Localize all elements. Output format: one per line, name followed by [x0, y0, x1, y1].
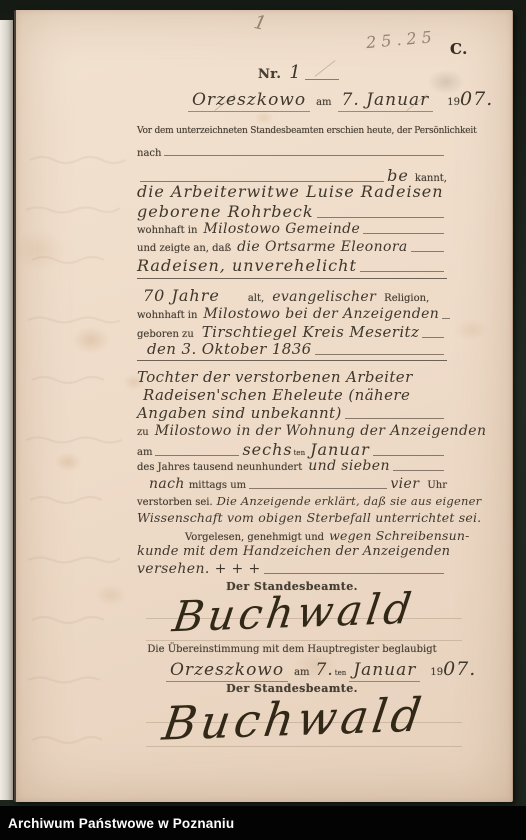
wohnhaft-label: wohnhaft in — [137, 225, 197, 236]
uhr-label: Uhr — [427, 480, 447, 491]
registrar-signature-2: Buchwald — [126, 696, 462, 742]
death-day-hand: sechs — [242, 440, 292, 459]
mittags-label: mittags um — [189, 480, 246, 491]
wohnhaft-value: Milostowo Gemeinde — [203, 221, 360, 237]
blank-line — [442, 318, 450, 319]
blank-line — [393, 470, 444, 471]
blank-line — [155, 455, 239, 456]
year-line-hand: und sieben — [308, 458, 390, 474]
blank-line — [315, 354, 444, 355]
parents-text-3: Angaben sind unbekannt) — [137, 404, 342, 422]
certify-month: Januar — [349, 660, 420, 682]
death-time-line: nach mittags um vier Uhr — [137, 476, 447, 492]
nr-value: 1 — [289, 62, 301, 83]
parents-line-2: Radeisen'schen Eheleute (nähere — [137, 386, 447, 404]
blank-line — [345, 418, 444, 419]
death-place-value: Milostowo in der Wohnung der Anzeigenden — [155, 423, 487, 439]
certify-year-printed: 19 — [430, 667, 443, 678]
death-day-line: am sechs ten Januar — [137, 440, 447, 459]
certify-year-hand: 07. — [443, 658, 476, 680]
ten-label: ten — [294, 449, 305, 457]
certify-day: 7. — [316, 660, 334, 680]
verstorben-label: verstorben sei. — [137, 497, 213, 508]
record-number-line: Nr. 1 — [258, 62, 342, 83]
certify-am-label: am — [294, 667, 309, 678]
parents-line-3: Angaben sind unbekannt) — [137, 404, 447, 422]
zu-label: zu — [137, 427, 149, 438]
form-rule — [137, 278, 447, 279]
declarant-line-1: die Arbeiterwitwe Luise Radeisen — [137, 182, 447, 201]
closing-line-2: Wissenschaft vom obigen Sterbefall unter… — [137, 510, 447, 525]
scanned-document: 1 25.25 C. Nr. 1 Orzeszkowo am 7. Januar… — [0, 0, 526, 840]
signature-text: Buchwald — [170, 588, 418, 639]
vorgelesen-line: Vorgelesen, genehmigt und wegen Schreibe… — [137, 528, 447, 543]
vorgelesen-label: Vorgelesen, genehmigt und — [185, 532, 324, 543]
header-date-line: Orzeszkowo am 7. Januar 19 07. — [188, 88, 466, 112]
parents-text-1: Tochter der verstorbenen Arbeiter — [137, 368, 413, 386]
born-label: geboren zu — [137, 329, 194, 340]
closing-hand-1: Die Anzeigende erklärt, daß sie aus eige… — [217, 494, 482, 508]
archive-watermark-bar: Archiwum Państwowe w Poznaniu — [0, 806, 526, 840]
blank-line — [249, 488, 387, 489]
born-date: den 3. Oktober 1836 — [147, 340, 312, 358]
intro-text: Vor dem unterzeichneten Standesbeamten e… — [137, 126, 476, 136]
blank-line — [373, 455, 444, 456]
deceased-name-1: die Ortsarme Eleonora — [237, 239, 408, 255]
nach-line: nach — [137, 148, 447, 159]
blank-line — [164, 155, 444, 156]
attest-hand-1: wegen Schreibensun- — [329, 528, 470, 543]
alt-label: alt, — [248, 293, 264, 304]
signature-text: Buchwald — [160, 691, 428, 746]
header-place: Orzeszkowo — [188, 90, 310, 112]
registry-page: 1 25.25 C. Nr. 1 Orzeszkowo am 7. Januar… — [14, 10, 513, 802]
am-label: am — [316, 97, 331, 108]
certify-line: Die Übereinstimmung mit dem Hauptregiste… — [137, 644, 447, 655]
notification-line: und zeigte an, daß die Ortsarme Eleonora — [137, 239, 447, 255]
blank-line — [360, 271, 444, 272]
certify-place: Orzeszkowo — [166, 660, 288, 682]
hour-hand: vier — [390, 476, 419, 492]
birth-date-line: den 3. Oktober 1836 — [137, 340, 447, 358]
year-printed: 19 — [447, 97, 460, 108]
blank-line — [422, 337, 444, 338]
archive-name: Archiwum Państwowe w Poznaniu — [8, 816, 234, 831]
anzeige-label: und zeigte an, daß — [137, 243, 231, 254]
ink-bleed-through — [22, 140, 132, 780]
adjacent-page-edge — [0, 20, 13, 800]
declarant-residence-line: wohnhaft in Milostowo Gemeinde — [137, 221, 447, 237]
deceased-name-2: Radeisen, unverehelicht — [137, 256, 357, 275]
parents-text-2: Radeisen'schen Eheleute (nähere — [143, 386, 410, 404]
deceased-name-line: Radeisen, unverehelicht — [137, 256, 447, 275]
blank-line — [305, 79, 339, 80]
form-rule — [137, 360, 447, 361]
residence-value: Milostowo bei der Anzeigenden — [203, 306, 439, 322]
death-place-line: zu Milostowo in der Wohnung der Anzeigen… — [137, 423, 447, 439]
attest-line-3: versehen. + + + — [137, 561, 447, 577]
death-month-hand: Januar — [310, 440, 370, 459]
pencil-note: 25.25 — [365, 27, 437, 52]
time-prefix-hand: nach — [149, 476, 185, 492]
closing-line-1: verstorben sei. Die Anzeigende erklärt, … — [137, 494, 447, 508]
declarant-birthname: geborene Rohrbeck — [137, 202, 314, 221]
age-religion-line: 70 Jahre alt, evangelischer Religion, — [137, 286, 447, 305]
blank-line — [363, 233, 444, 234]
certify-text: Die Übereinstimmung mit dem Hauptregiste… — [147, 644, 436, 655]
religion-value: evangelischer — [272, 289, 376, 305]
certify-date-line: Orzeszkowo am 7. ten Januar 19 07. — [166, 658, 460, 682]
declarant-name: die Arbeiterwitwe Luise Radeisen — [137, 182, 444, 201]
attest-hand-3: versehen. + + + — [137, 561, 261, 577]
pencil-page-number: 1 — [252, 11, 268, 35]
nach-label: nach — [137, 148, 161, 159]
blank-line — [411, 251, 444, 252]
am-label: am — [137, 447, 152, 458]
intro-line: Vor dem unterzeichneten Standesbeamten e… — [137, 126, 447, 136]
religion-label: Religion, — [384, 293, 429, 304]
death-year-line: des Jahres tausend neunhundert und siebe… — [137, 458, 447, 474]
nr-label: Nr. — [258, 67, 281, 82]
blank-line — [317, 217, 444, 218]
blank-line — [264, 573, 444, 574]
declarant-line-2: geborene Rohrbeck — [137, 202, 447, 221]
header-day-month: 7. Januar — [338, 90, 434, 112]
born-place: Tirschtiegel Kreis Meseritz — [202, 323, 420, 341]
attest-hand-2: kunde mit dem Handzeichen der Anzeigende… — [137, 544, 450, 559]
year-hand: 07. — [460, 88, 493, 110]
certify-ten-label: ten — [335, 669, 346, 677]
residence-label: wohnhaft in — [137, 310, 197, 321]
parents-line-1: Tochter der verstorbenen Arbeiter — [137, 368, 447, 386]
closing-hand-2: Wissenschaft vom obigen Sterbefall unter… — [137, 510, 481, 525]
registrar-signature-1: Buchwald — [126, 592, 462, 634]
deceased-residence-line: wohnhaft in Milostowo bei der Anzeigende… — [137, 306, 447, 322]
birth-place-line: geboren zu Tirschtiegel Kreis Meseritz — [137, 323, 447, 341]
age-value: 70 Jahre — [143, 286, 220, 305]
form-letter-label: C. — [450, 40, 468, 58]
year-line-printed: des Jahres tausend neunhundert — [137, 462, 302, 473]
attest-line-2: kunde mit dem Handzeichen der Anzeigende… — [137, 544, 447, 559]
